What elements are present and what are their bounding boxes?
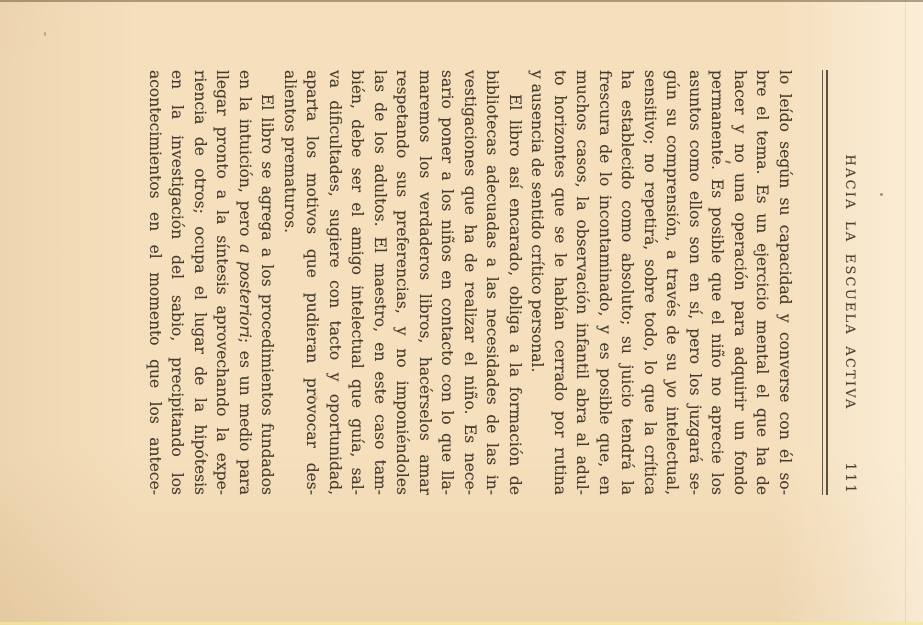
text-line: bién, debe ser el amigo intelectual que … — [346, 70, 369, 495]
text-segment: acontecimientos en el momento que los an… — [146, 70, 164, 495]
text-segment: en la investigación del sabio, precipita… — [169, 70, 187, 495]
text-segment: bién, debe ser el amigo intelectual que … — [349, 70, 367, 495]
running-head: HACIA LA ESCUELA ACTIVA 111 — [833, 70, 857, 495]
text-line: va dificultades, sugiere con tacto y opo… — [324, 70, 347, 495]
text-segment: maremos los verdaderos libros, hacérselo… — [416, 70, 434, 495]
page-number: 111 — [842, 462, 858, 495]
text-line: muchos casos, la observación infantil ab… — [571, 70, 594, 495]
text-segment: hacer y no una operación para adquirir u… — [731, 70, 749, 495]
text-line: lo leído según su capacidad y converse c… — [774, 70, 797, 495]
text-segment: en la intuición, pero — [236, 70, 254, 244]
running-head-title: HACIA LA ESCUELA ACTIVA — [842, 70, 857, 495]
text-line: bre el tema. Es un ejercicio mental el q… — [751, 70, 774, 495]
ink-speck — [880, 193, 883, 196]
text-segment: bre el tema. Es un ejercicio mental el q… — [754, 70, 772, 495]
text-line: en la investigación del sabio, precipita… — [166, 70, 189, 495]
text-line: las de los adultos. El maestro, en este … — [369, 70, 392, 495]
book-page: HACIA LA ESCUELA ACTIVA 111 lo leído seg… — [0, 0, 923, 625]
text-line: El libro así encarado, obliga a la forma… — [504, 70, 527, 495]
text-line: to horizontes que se le habían cerrado p… — [549, 70, 572, 495]
text-segment: ha establecido como absoluto; su juicio … — [619, 70, 637, 495]
text-segment: El libro así encarado, obliga a la forma… — [506, 94, 524, 495]
text-segment: frescura de lo incontaminado, y es posib… — [596, 70, 614, 495]
text-segment: alientos prematuros. — [281, 70, 299, 233]
text-segment: sensitivo; no repetirá, sobre todo, lo q… — [641, 70, 659, 495]
text-line: frescura de lo incontaminado, y es posib… — [594, 70, 617, 495]
text-segment: respetando sus preferencias, y no imponi… — [394, 70, 412, 495]
text-segment: muchos casos, la observación infantil ab… — [574, 70, 592, 495]
text-segment: permanente. Es posible que el niño no ap… — [709, 70, 727, 495]
body-text: lo leído según su capacidad y converse c… — [144, 70, 797, 495]
header-double-rule — [822, 70, 828, 495]
text-line: alientos prematuros. — [279, 70, 302, 495]
text-segment: las de los adultos. El maestro, en este … — [371, 70, 389, 495]
text-segment: va dificultades, sugiere con tacto y opo… — [326, 70, 344, 495]
scanned-page-canvas: HACIA LA ESCUELA ACTIVA 111 lo leído seg… — [0, 0, 923, 625]
text-line: riencia de otros; ocupa el lugar de la h… — [189, 70, 212, 495]
text-line: llegar pronto a la síntesis aprovechando… — [211, 70, 234, 495]
text-segment: asuntos como ellos son en sí, pero los j… — [686, 70, 704, 495]
text-segment: sario poner a los niños en contacto con … — [439, 70, 457, 495]
text-segment: gún su comprensión, a través de su — [664, 70, 682, 380]
text-line: acontecimientos en el momento que los an… — [144, 70, 167, 495]
text-line: y ausencia de sentido crítico personal. — [526, 70, 549, 495]
text-line: gún su comprensión, a través de su yo in… — [661, 70, 684, 495]
text-line: aparta los motivos que pudieran provocar… — [301, 70, 324, 495]
ink-speck — [44, 32, 46, 36]
text-segment: y ausencia de sentido crítico personal. — [529, 70, 547, 372]
page-edge-left — [0, 0, 923, 2]
text-line: respetando sus preferencias, y no imponi… — [391, 70, 414, 495]
text-line: El libro se agrega a los procedimientos … — [256, 70, 279, 495]
text-line: hacer y no una operación para adquirir u… — [729, 70, 752, 495]
text-line: sensitivo; no repetirá, sobre todo, lo q… — [639, 70, 662, 495]
text-line: asuntos como ellos son en sí, pero los j… — [684, 70, 707, 495]
text-line: ha establecido como absoluto; su juicio … — [616, 70, 639, 495]
text-segment: lo leído según su capacidad y converse c… — [776, 70, 794, 495]
text-segment: ; es un medio para — [236, 338, 254, 495]
text-segment: bibliotecas adecuadas a las necesidades … — [484, 70, 502, 495]
italic-text: a posteriori — [236, 244, 254, 338]
text-line: permanente. Es posible que el niño no ap… — [706, 70, 729, 495]
italic-text: yo — [664, 380, 682, 398]
text-segment: riencia de otros; ocupa el lugar de la h… — [191, 70, 209, 495]
text-line: sario poner a los niños en contacto con … — [436, 70, 459, 495]
text-line: vestigaciones que ha de realizar el niño… — [459, 70, 482, 495]
paper-crease — [905, 0, 906, 625]
text-segment: aparta los motivos que pudieran provocar… — [304, 70, 322, 495]
text-segment: vestigaciones que ha de realizar el niño… — [461, 70, 479, 495]
text-segment: llegar pronto a la síntesis aprovechando… — [214, 70, 232, 495]
text-line: en la intuición, pero a posteriori; es u… — [234, 70, 257, 495]
text-segment: El libro se agrega a los procedimientos … — [259, 94, 277, 495]
text-segment: intelectual, — [664, 398, 682, 495]
text-line: maremos los verdaderos libros, hacérselo… — [414, 70, 437, 495]
text-line: bibliotecas adecuadas a las necesidades … — [481, 70, 504, 495]
text-segment: to horizontes que se le habían cerrado p… — [551, 70, 569, 495]
